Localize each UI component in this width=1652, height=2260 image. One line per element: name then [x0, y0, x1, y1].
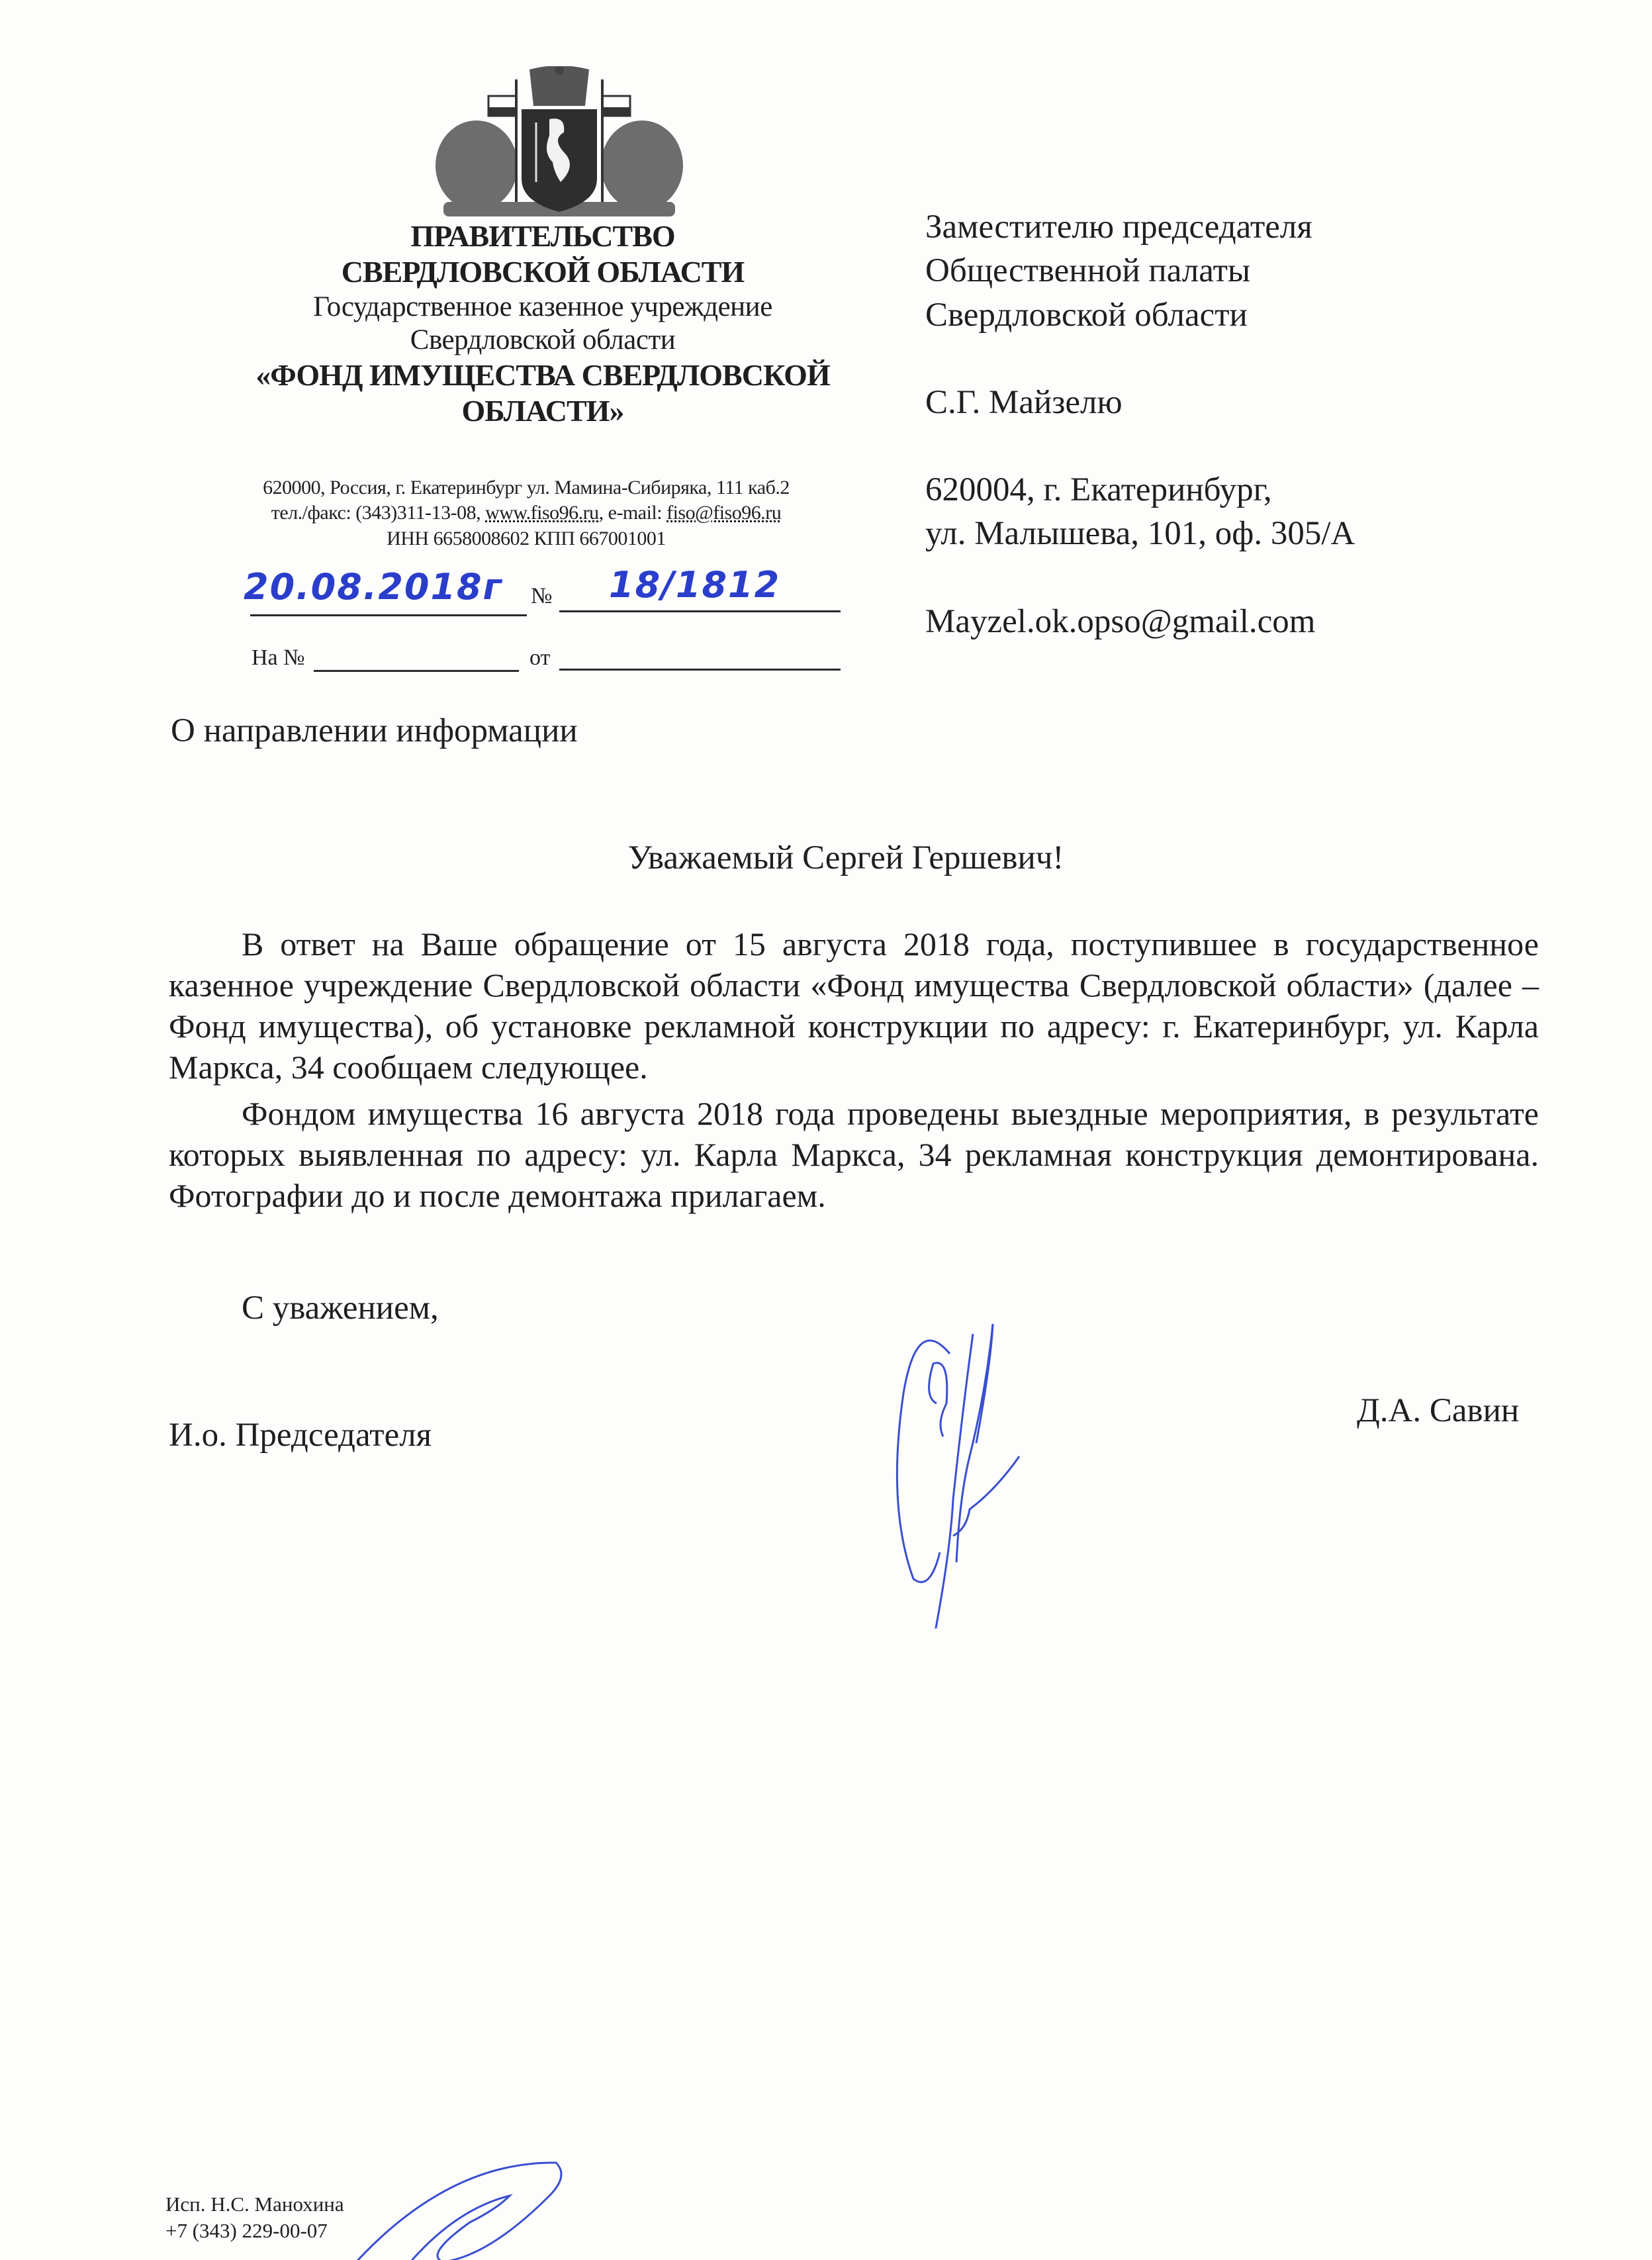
government-region: СВЕРДЛОВСКОЙ ОБЛАСТИ	[199, 254, 887, 290]
recipient-position-1: Заместителю председателя	[925, 205, 1355, 249]
letter-subject: О направлении информации	[171, 710, 578, 751]
closing: С уважением,	[242, 1288, 439, 1329]
recipient-block: Заместителю председателя Общественной па…	[925, 205, 1355, 643]
website-link[interactable]: www.fiso96.ru	[485, 502, 599, 524]
body-paragraph-2: Фондом имущества 16 августа 2018 года пр…	[169, 1093, 1539, 1216]
government-title: ПРАВИТЕЛЬСТВО	[199, 218, 887, 254]
org-phone-line: тел./факс: (343)311-13-08, www.fiso96.ru…	[192, 500, 860, 526]
recipient-address-2: ул. Малышева, 101, оф. 305/А	[925, 512, 1355, 555]
signatory-position: И.о. Председателя	[169, 1415, 432, 1456]
email-link[interactable]: fiso@fiso96.ru	[666, 502, 781, 524]
registration-date: 20.08.2018г	[244, 566, 503, 608]
number-field-line	[559, 610, 841, 612]
body-paragraph-1: В ответ на Ваше обращение от 15 августа …	[169, 923, 1539, 1088]
organization-name: «ФОНД ИМУЩЕСТВА СВЕРДЛОВСКОЙ	[199, 357, 887, 393]
org-address: 620000, Россия, г. Екатеринбург ул. Мами…	[192, 475, 860, 500]
reply-number-label: На №	[252, 645, 305, 671]
signatory-name: Д.А. Савин	[1357, 1390, 1519, 1431]
executor-block: Исп. Н.С. Манохина +7 (343) 229-00-07	[165, 2191, 344, 2244]
registration-number: 18/1812	[609, 564, 780, 606]
organization-name-cont: ОБЛАСТИ»	[199, 393, 887, 429]
recipient-name: С.Г. Майзелю	[925, 381, 1355, 424]
recipient-position-3: Свердловской области	[925, 293, 1355, 337]
salutation: Уважаемый Сергей Гершевич!	[0, 837, 1652, 878]
initials-scribble-icon	[344, 2155, 569, 2260]
institution-type: Государственное казенное учреждение	[199, 291, 887, 324]
number-label: №	[531, 584, 552, 609]
recipient-address-1: 620004, г. Екатеринбург,	[925, 468, 1355, 512]
signature-icon	[887, 1284, 1085, 1628]
reply-date-field[interactable]	[559, 669, 841, 671]
reply-from-label: от	[529, 645, 550, 671]
letterhead-contacts: 620000, Россия, г. Екатеринбург ул. Мами…	[192, 475, 860, 551]
executor-name: Исп. Н.С. Манохина	[165, 2191, 344, 2218]
date-field-line	[250, 614, 527, 616]
recipient-position-2: Общественной палаты	[925, 249, 1355, 293]
org-inn-kpp: ИНН 6658008602 КПП 667001001	[192, 526, 860, 551]
reply-number-field[interactable]	[314, 670, 519, 672]
recipient-email[interactable]: Mayzel.ok.opso@gmail.com	[925, 600, 1355, 643]
coat-of-arms-icon	[430, 66, 688, 218]
letterhead: ПРАВИТЕЛЬСТВО СВЕРДЛОВСКОЙ ОБЛАСТИ Госуд…	[199, 218, 887, 430]
executor-phone: +7 (343) 229-00-07	[165, 2218, 344, 2244]
institution-region: Свердловской области	[199, 324, 887, 357]
